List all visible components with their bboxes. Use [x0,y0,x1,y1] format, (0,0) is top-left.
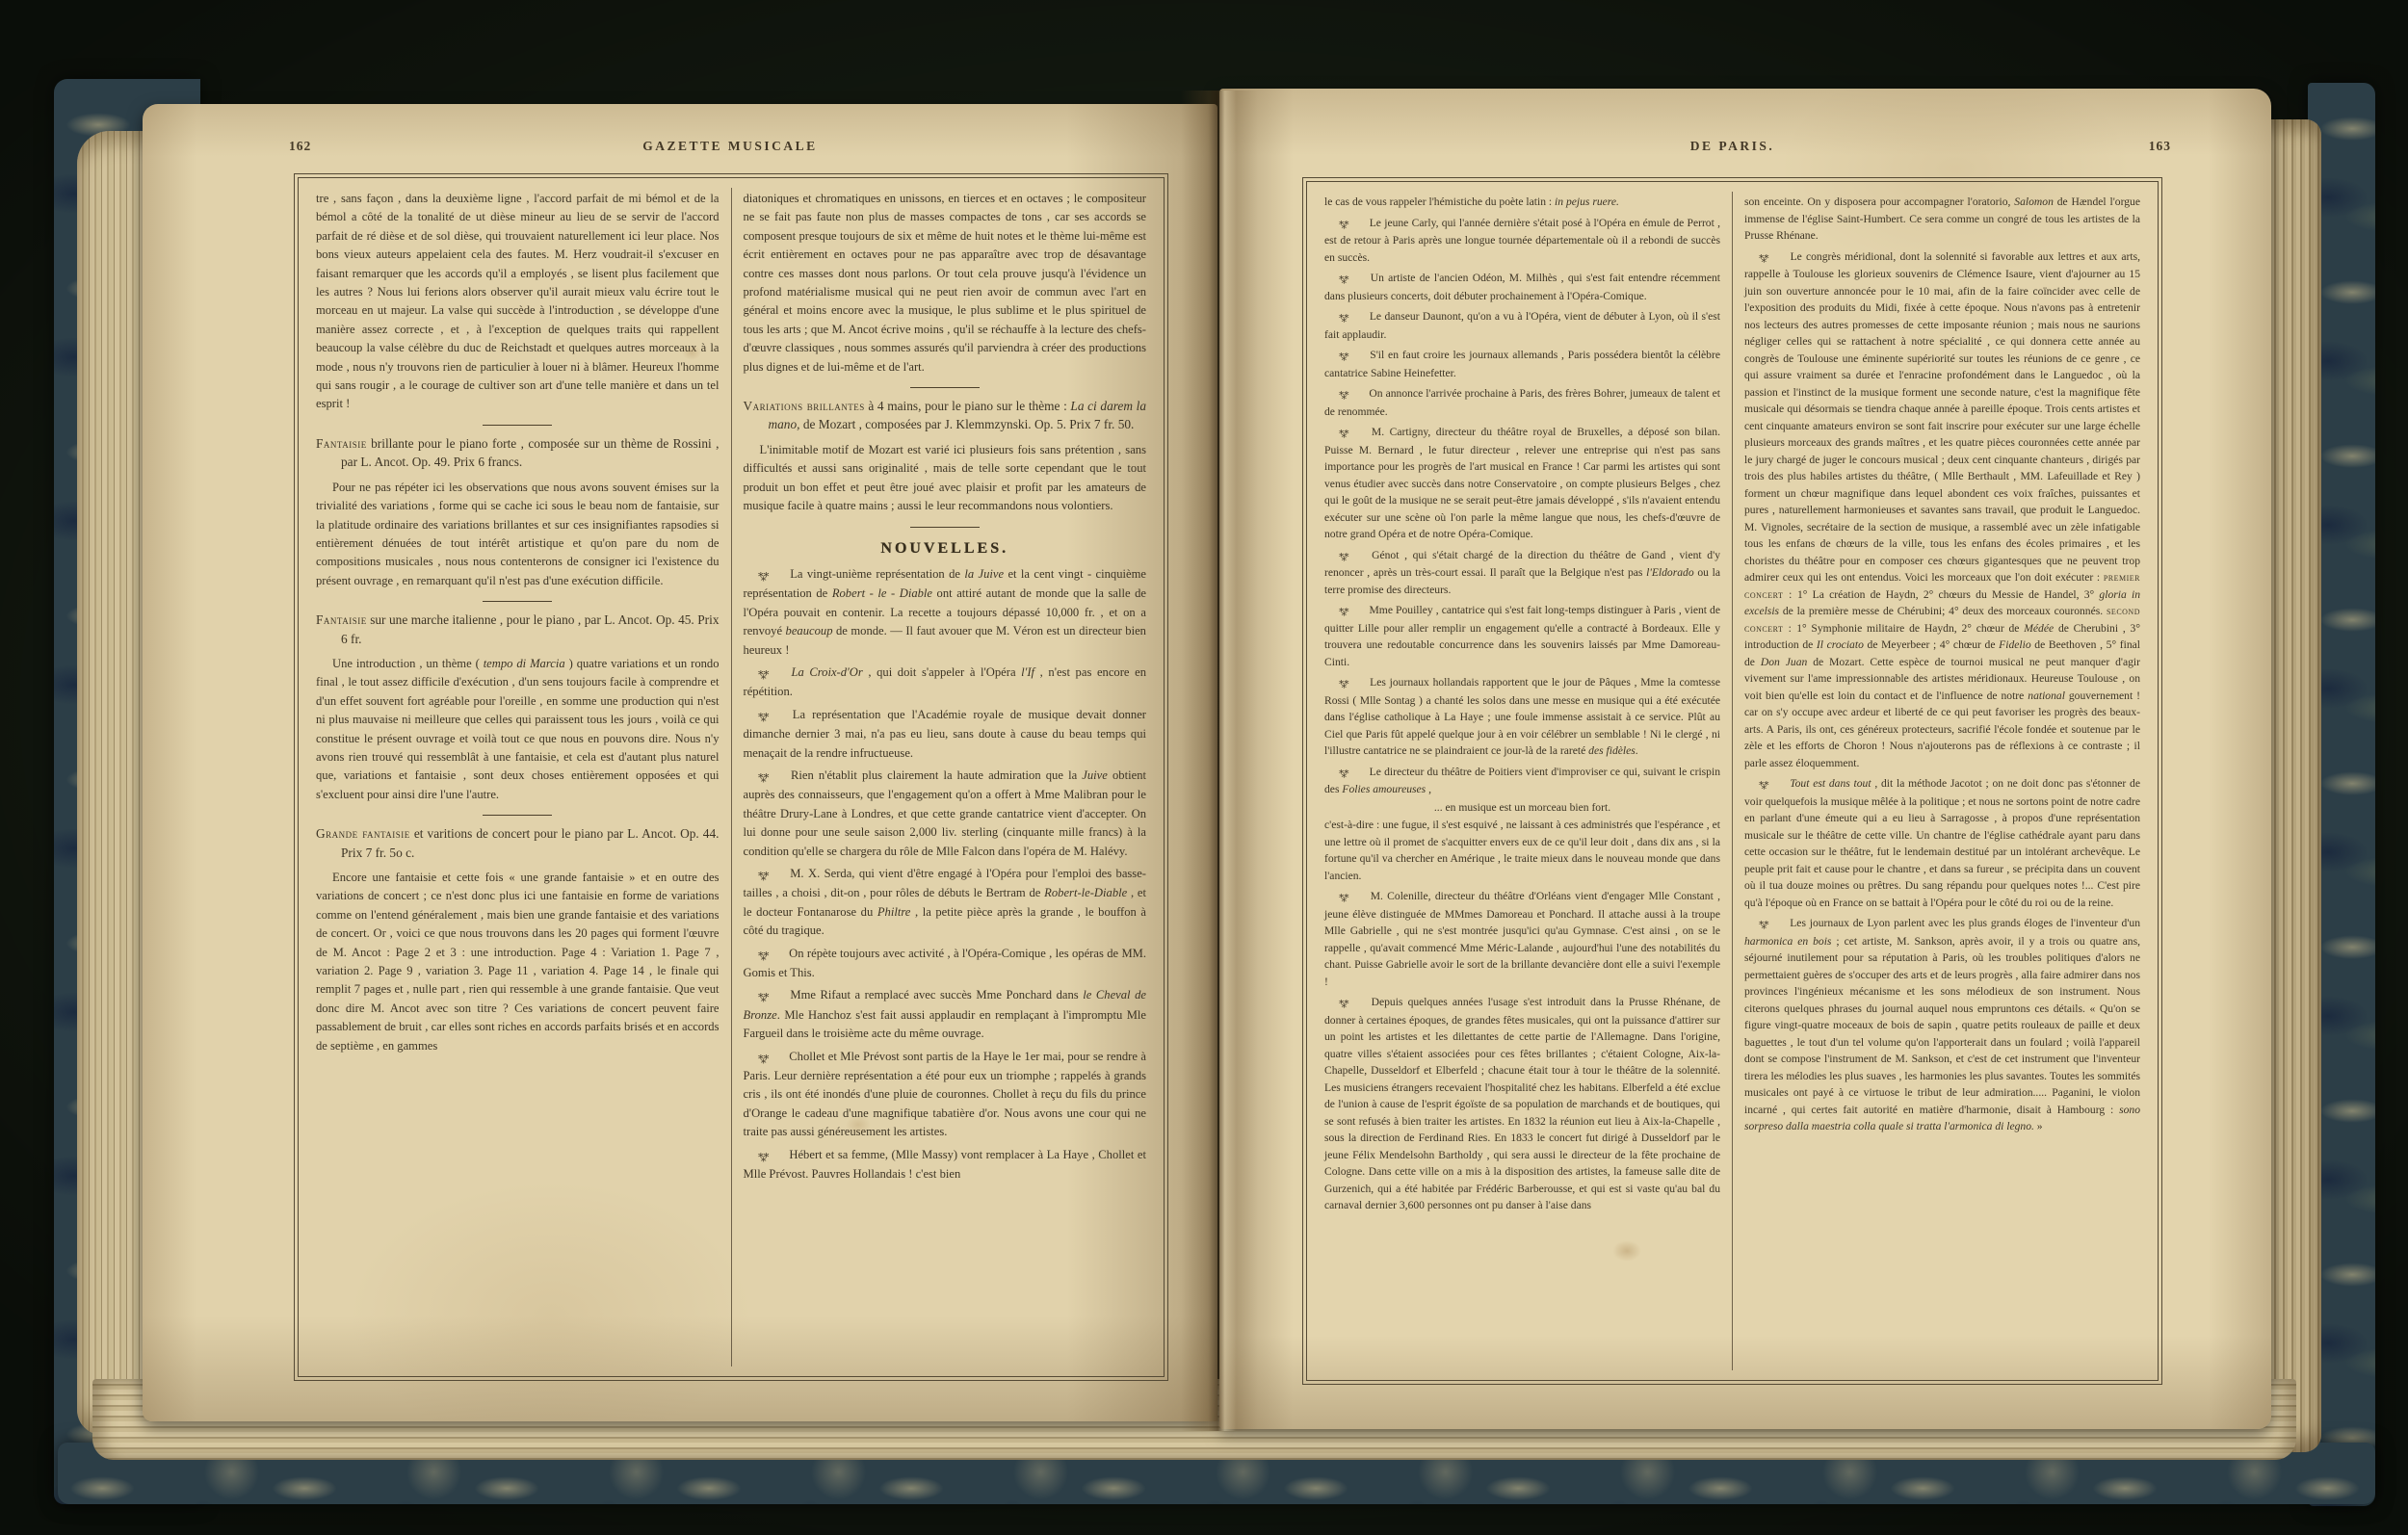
news-item: ⁂ La Croix-d'Or , qui doit s'appeler à l… [744,663,1147,702]
section-divider-rule [910,387,980,388]
asterism-icon: ⁂ [758,706,783,724]
news-item: ⁂ On annonce l'arrivée prochaine à Paris… [1324,385,1720,420]
paragraph: c'est-à-dire : une fugue, il s'est esqui… [1324,817,1720,884]
news-item: ⁂ M. Colenille, directeur du théâtre d'O… [1324,888,1720,990]
news-item: ⁂ Le jeune Carly, qui l'année dernière s… [1324,215,1720,267]
asterism-icon: ⁂ [1339,424,1363,441]
paragraph: tre , sans façon , dans la deuxième lign… [316,190,720,414]
paragraph: diatoniques et chromatiques en unissons,… [744,190,1147,377]
left-page: 162 GAZETTE MUSICALE tre , sans façon , … [143,104,1217,1421]
news-item: ⁂ Mme Rifaut a remplacé avec succès Mme … [744,986,1147,1043]
paragraph: Pour ne pas répéter ici les observations… [316,479,720,590]
news-item: ⁂ Chollet et Mle Prévost sont partis de … [744,1048,1147,1142]
section-divider-rule [483,425,552,426]
asterism-icon: ⁂ [758,565,783,584]
news-item: ⁂ Génot , qui s'était chargé de la direc… [1324,547,1720,599]
asterism-icon: ⁂ [758,1048,783,1066]
asterism-icon: ⁂ [1339,347,1363,364]
news-item: ⁂ Les journaux hollandais rapportent que… [1324,674,1720,760]
asterism-icon: ⁂ [1339,602,1363,619]
section-divider-rule [483,815,552,816]
column-divider [731,188,732,1366]
news-item: ⁂ Tout est dans tout , dit la méthode Ja… [1744,775,2140,911]
news-item: ⁂ La vingt-unième représentation de la J… [744,565,1147,660]
asterism-icon: ⁂ [1339,764,1363,781]
news-item: ⁂ Le congrès méridional, dont la solenni… [1744,248,2140,772]
paragraph: son enceinte. On y disposera pour accomp… [1744,194,2140,245]
asterism-icon: ⁂ [1339,547,1363,564]
news-item: ⁂ On répète toujours avec activité , à l… [744,945,1147,983]
right-page-column-2: son enceinte. On y disposera pour accomp… [1733,192,2152,1370]
text-frame-right-inner: le cas de vous rappeler l'hémistiche du … [1306,181,2159,1381]
news-item: ⁂ Hébert et sa femme, (Mlle Massy) vont … [744,1146,1147,1184]
section-heading-nouvelles: NOUVELLES. [744,539,1147,558]
page-number-right: 163 [2149,139,2171,154]
running-title-right: DE PARIS. [1304,139,2160,154]
news-item: ⁂ Le danseur Daunont, qu'on a vu à l'Opé… [1324,308,1720,343]
left-page-column-2: diatoniques et chromatiques en unissons,… [732,188,1159,1366]
asterism-icon: ⁂ [1339,270,1363,287]
news-item: ⁂ Un artiste de l'ancien Odéon, M. Milhè… [1324,270,1720,304]
news-item: ⁂ Mme Pouilley , cantatrice qui s'est fa… [1324,602,1720,670]
paragraph: L'inimitable motif de Mozart est varié i… [744,441,1147,516]
news-item: ⁂ La représentation que l'Académie royal… [744,706,1147,763]
text-frame-right: le cas de vous rappeler l'hémistiche du … [1302,177,2162,1385]
news-item: ⁂ Rien n'établit plus clairement la haut… [744,767,1147,861]
text-frame-left-inner: tre , sans façon , dans la deuxième lign… [298,177,1165,1377]
work-entry: Fantaisie sur une marche italienne , pou… [316,611,720,648]
news-item: ⁂ M. X. Serda, qui vient d'être engagé à… [744,865,1147,941]
news-item: ⁂ M. Cartigny, directeur du théâtre roya… [1324,424,1720,543]
paragraph: Encore une fantaisie et cette fois « une… [316,869,720,1055]
work-entry: Fantaisie brillante pour le piano forte … [316,434,720,472]
asterism-icon: ⁂ [1759,248,1783,266]
asterism-icon: ⁂ [1339,215,1363,232]
news-item: ⁂ Depuis quelques années l'usage s'est i… [1324,994,1720,1214]
paragraph: le cas de vous rappeler l'hémistiche du … [1324,194,1720,211]
right-page-column-1: le cas de vous rappeler l'hémistiche du … [1313,192,1732,1370]
asterism-icon: ⁂ [1339,308,1363,325]
asterism-icon: ⁂ [1339,888,1363,905]
asterism-icon: ⁂ [758,865,783,883]
section-divider-rule [910,527,980,528]
asterism-icon: ⁂ [758,1146,783,1164]
asterism-icon: ⁂ [758,945,783,963]
asterism-icon: ⁂ [758,986,783,1004]
work-entry: Variations brillantes à 4 mains, pour le… [744,397,1147,434]
text-frame-left: tre , sans façon , dans la deuxième lign… [294,173,1168,1381]
left-page-column-1: tre , sans façon , dans la deuxième lign… [304,188,731,1366]
paragraph: Une introduction , un thème ( tempo di M… [316,655,720,804]
running-title-left: GAZETTE MUSICALE [294,139,1166,154]
news-item: ⁂ Les journaux de Lyon parlent avec les … [1744,915,2140,1135]
asterism-icon: ⁂ [1339,994,1363,1011]
section-divider-rule [483,601,552,602]
work-entry: Grande fantaisie et varitions de concert… [316,824,720,862]
asterism-icon: ⁂ [1759,775,1783,793]
asterism-icon: ⁂ [758,663,783,682]
asterism-icon: ⁂ [758,767,783,785]
asterism-icon: ⁂ [1759,915,1783,932]
photograph-background: 162 GAZETTE MUSICALE tre , sans façon , … [0,0,2408,1535]
asterism-icon: ⁂ [1339,385,1363,403]
news-item: ⁂ Le directeur du théâtre de Poitiers vi… [1324,764,1720,798]
news-item: ⁂ S'il en faut croire les journaux allem… [1324,347,1720,381]
asterism-icon: ⁂ [1339,674,1363,691]
verse-line: ... en musique est un morceau bien fort. [1324,799,1720,817]
column-divider [1732,192,1733,1370]
right-page: DE PARIS. 163 le cas de vous rappeler l'… [1219,89,2271,1429]
